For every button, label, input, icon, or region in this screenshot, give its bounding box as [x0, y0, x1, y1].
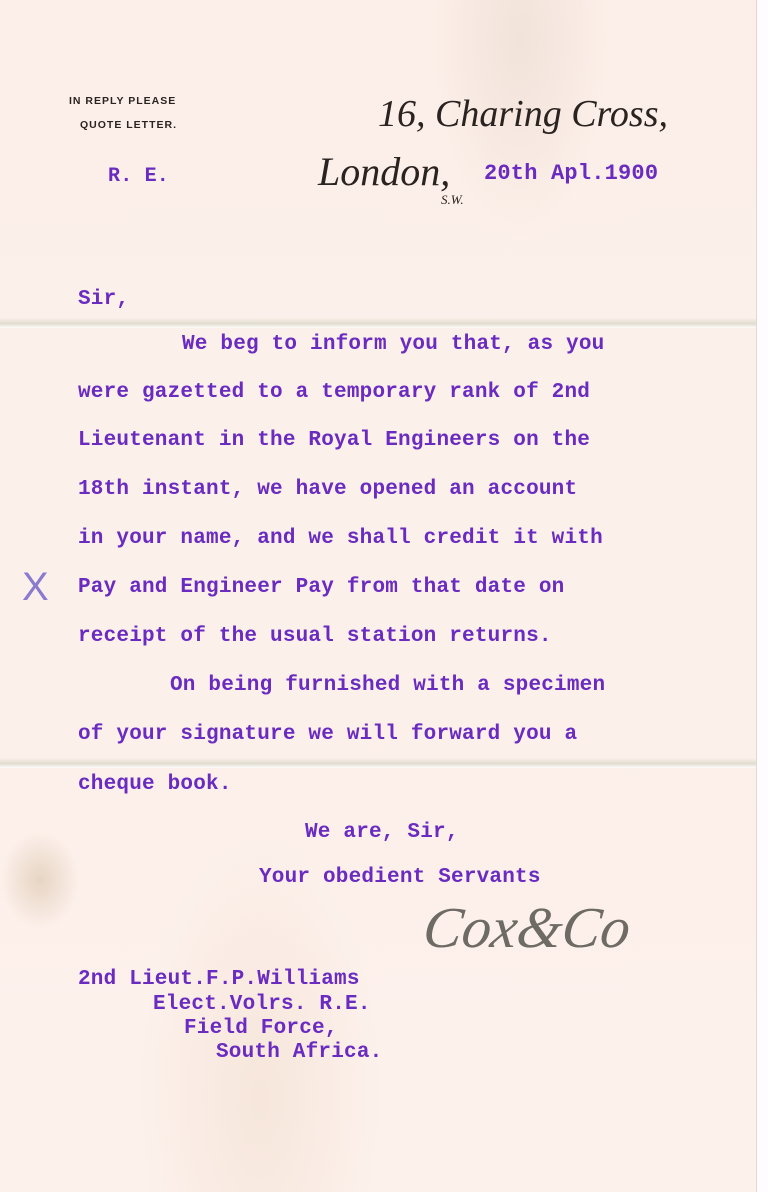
- letter-date: 20th Apl.1900: [484, 161, 658, 186]
- body-line: of your signature we will forward you a: [78, 723, 577, 746]
- reply-instruction-line2: QUOTE LETTER.: [80, 119, 177, 131]
- body-line: in your name, and we shall credit it wit…: [78, 527, 603, 550]
- signature: Cox&Co: [419, 894, 635, 961]
- body-line: We beg to inform you that, as you: [182, 333, 604, 356]
- address-city: London,: [318, 148, 450, 195]
- recipient-line3: Field Force,: [184, 1017, 338, 1040]
- paper-fold: [0, 758, 756, 768]
- address-district: S.W.: [441, 192, 464, 208]
- body-line: were gazetted to a temporary rank of 2nd: [78, 381, 590, 404]
- body-line: Pay and Engineer Pay from that date on: [78, 576, 564, 599]
- address-street: 16, Charing Cross,: [378, 92, 668, 136]
- body-line: cheque book.: [78, 773, 232, 796]
- body-line: receipt of the usual station returns.: [78, 625, 552, 648]
- paper-fold: [0, 318, 756, 328]
- closing-line2: Your obedient Servants: [259, 866, 541, 889]
- margin-x-mark: X: [22, 565, 49, 610]
- reply-instruction-line1: IN REPLY PLEASE: [69, 95, 176, 107]
- recipient-line4: South Africa.: [216, 1041, 382, 1064]
- body-line: 18th instant, we have opened an account: [78, 478, 577, 501]
- reference: R. E.: [108, 165, 169, 188]
- recipient-line2: Elect.Volrs. R.E.: [153, 993, 371, 1016]
- salutation: Sir,: [78, 288, 129, 311]
- closing-line1: We are, Sir,: [305, 821, 459, 844]
- recipient-line1: 2nd Lieut.F.P.Williams: [78, 968, 360, 991]
- body-line: On being furnished with a specimen: [170, 674, 605, 697]
- paper-edge: [756, 0, 768, 1192]
- body-line: Lieutenant in the Royal Engineers on the: [78, 429, 590, 452]
